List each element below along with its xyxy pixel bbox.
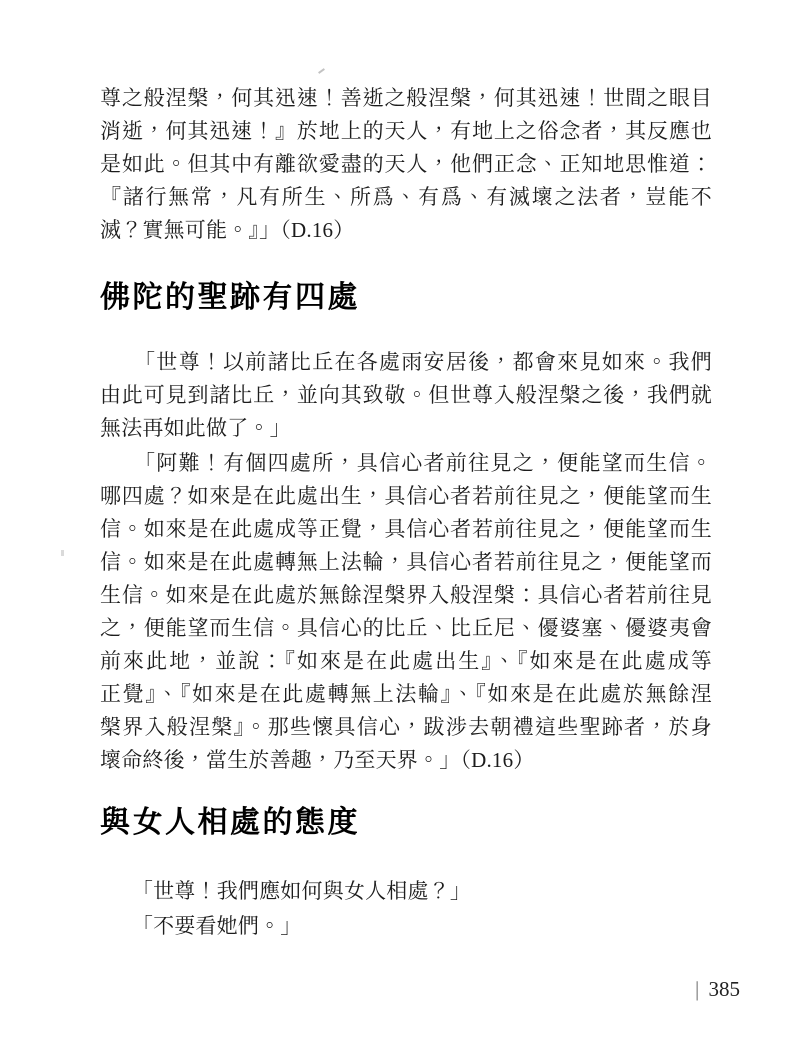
page-number-separator: | <box>696 977 699 1002</box>
text-line: 「不要看她們。」 <box>100 909 712 944</box>
text-line: 正覺』、『如來是在此處轉無上法輪』、『如來是在此處於無餘涅 <box>100 678 712 711</box>
paragraph: 「世尊！以前諸比丘在各處雨安居後，都會來見如來。我們由此可見到諸比丘，並向其致敬… <box>100 346 712 445</box>
text-line: 壞命終後，當生於善趣，乃至天界。」（D.16） <box>100 744 712 777</box>
book-page: 尊之般涅槃，何其迅速！善逝之般涅槃，何其迅速！世間之眼目消逝，何其迅速！』於地上… <box>0 0 792 1056</box>
text-line: 是如此。但其中有離欲愛盡的天人，他們正念、正知地思惟道： <box>100 148 712 181</box>
text-line: 由此可見到諸比丘，並向其致敬。但世尊入般涅槃之後，我們就 <box>100 379 712 412</box>
text-line: 「世尊！以前諸比丘在各處雨安居後，都會來見如來。我們 <box>100 346 712 379</box>
text-line: 槃界入般涅槃』。那些懷具信心，跋涉去朝禮這些聖跡者，於身 <box>100 711 712 744</box>
text-line: 「世尊！我們應如何與女人相處？」 <box>100 874 712 909</box>
text-line: 信。如來是在此處成等正覺，具信心者若前往見之，便能望而生 <box>100 513 712 546</box>
paragraph: 「世尊！我們應如何與女人相處？」 「不要看她們。」 <box>100 874 712 944</box>
text-line: 前來此地，並說：『如來是在此處出生』、『如來是在此處成等 <box>100 645 712 678</box>
paragraph: 尊之般涅槃，何其迅速！善逝之般涅槃，何其迅速！世間之眼目消逝，何其迅速！』於地上… <box>100 82 712 247</box>
page-footer: |385 <box>100 977 740 1002</box>
paragraph: 「阿難！有個四處所，具信心者前往見之，便能望而生信。哪四處？如來是在此處出生，具… <box>100 447 712 777</box>
page-number: 385 <box>709 977 741 1001</box>
text-line: 信。如來是在此處轉無上法輪，具信心者若前往見之，便能望而 <box>100 546 712 579</box>
scan-artifact-speck <box>61 550 64 556</box>
text-line: 『諸行無常，凡有所生、所爲、有爲、有滅壞之法者，豈能不 <box>100 181 712 214</box>
text-line: 哪四處？如來是在此處出生，具信心者若前往見之，便能望而生 <box>100 480 712 513</box>
text-line: 「阿難！有個四處所，具信心者前往見之，便能望而生信。 <box>100 447 712 480</box>
text-line: 無法再如此做了。」 <box>100 412 712 445</box>
section-heading: 與女人相處的態度 <box>100 806 712 840</box>
text-line: 之，便能望而生信。具信心的比丘、比丘尼、優婆塞、優婆夷會 <box>100 612 712 645</box>
text-line: 生信。如來是在此處於無餘涅槃界入般涅槃：具信心者若前往見 <box>100 579 712 612</box>
scan-artifact-tick <box>318 68 325 74</box>
text-line: 消逝，何其迅速！』於地上的天人，有地上之俗念者，其反應也 <box>100 115 712 148</box>
text-line: 尊之般涅槃，何其迅速！善逝之般涅槃，何其迅速！世間之眼目 <box>100 82 712 115</box>
section-heading: 佛陀的聖跡有四處 <box>100 281 712 315</box>
text-line: 滅？實無可能。』」（D.16） <box>100 214 712 247</box>
